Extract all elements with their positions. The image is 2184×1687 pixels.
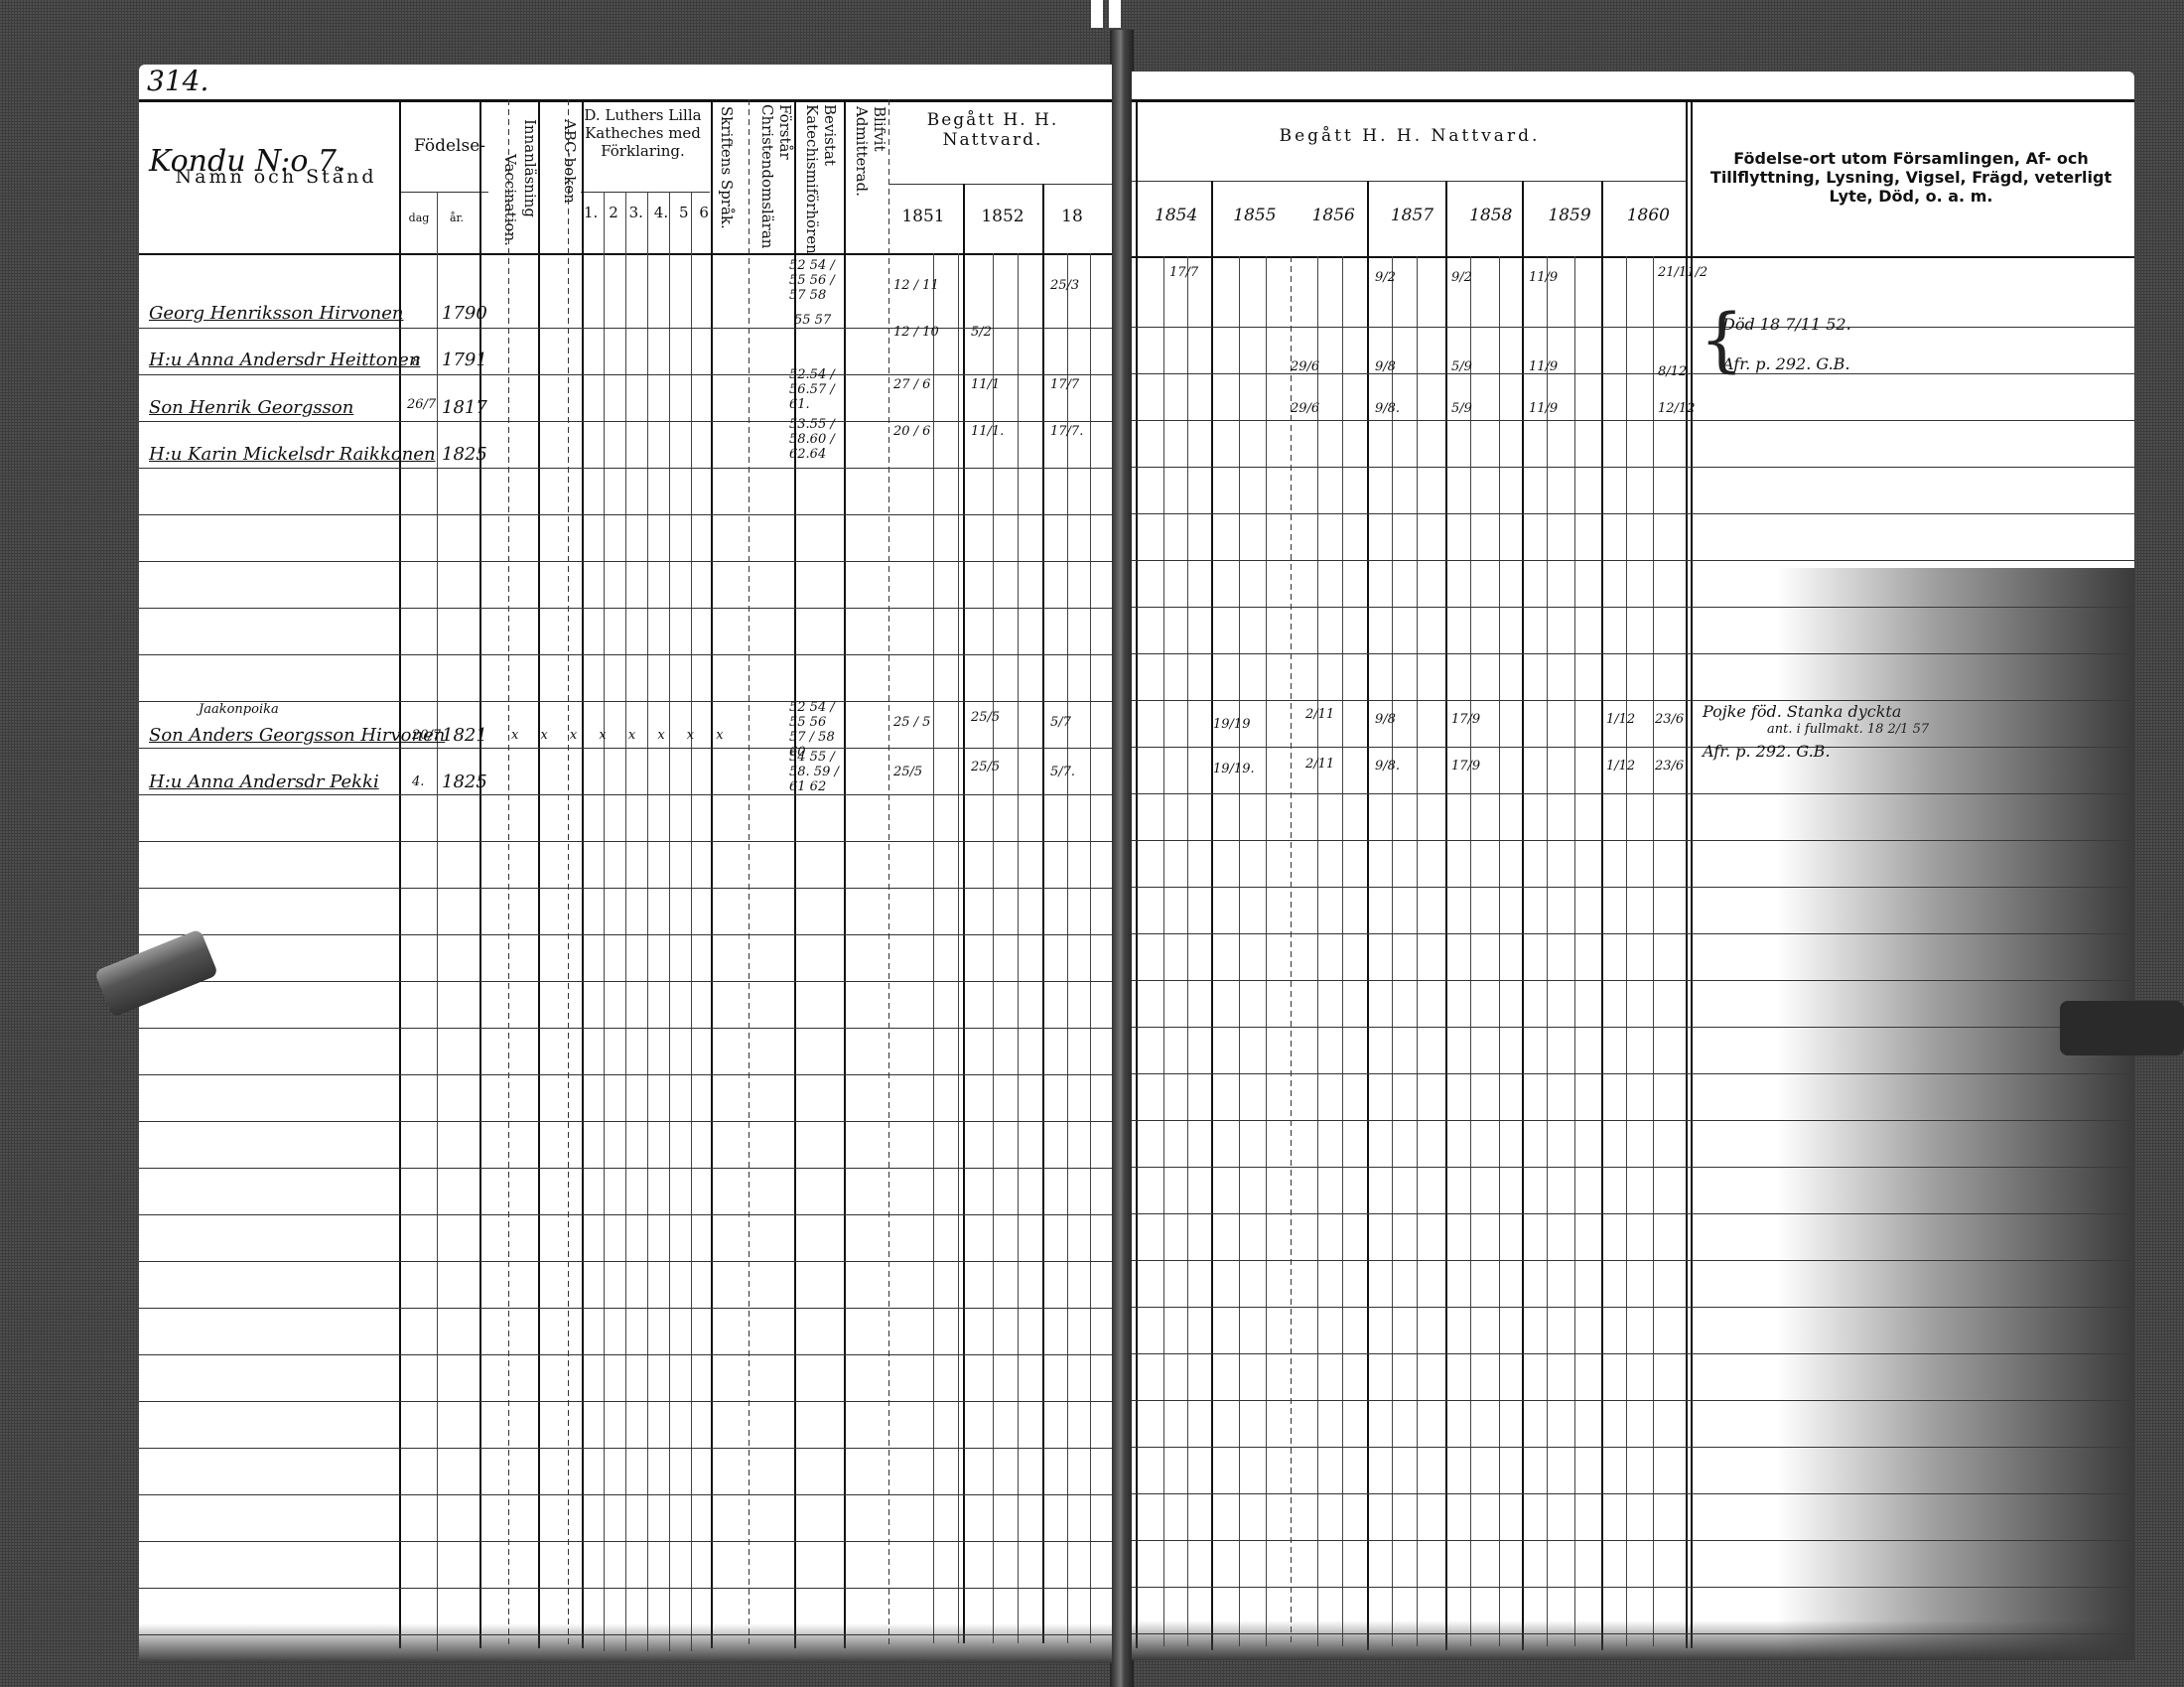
entry-1858: 17/9: [1451, 712, 1480, 727]
row-line: [139, 561, 1112, 562]
year-header: 1858: [1469, 206, 1512, 225]
entry-katekes: 52.54 / 56.57 / 61.: [789, 367, 844, 412]
entry-birth-day: 26/7: [407, 397, 436, 412]
entry-1851: 25/5: [893, 765, 922, 779]
entry-1854: 17/7: [1169, 265, 1198, 280]
row-line: [139, 514, 1112, 515]
entry-18: 25/3: [1050, 278, 1079, 293]
entry-katekes: 53.55 / 58.60 / 62.64: [789, 417, 844, 462]
entry-1851: 12 / 10: [893, 325, 939, 340]
bevistat-header: Bevistat Katechismiförhören: [799, 104, 839, 253]
entry-1860: 1/12: [1606, 712, 1635, 727]
row-line: [139, 888, 1112, 889]
spine-tab: [1091, 0, 1103, 28]
nattvard-divider: [888, 184, 1112, 185]
luther-col: 5: [679, 204, 689, 221]
entry-1856: 2/11: [1305, 757, 1334, 772]
row-line: [139, 841, 1112, 842]
entry-name: H:u Karin Mickelsdr Raikkonen: [149, 444, 436, 465]
year-header: 1855: [1233, 206, 1276, 225]
year-header: 1854: [1155, 206, 1197, 225]
brace-icon: {: [1700, 305, 1744, 374]
entry-1860: 8/12: [1658, 364, 1687, 379]
entry-birth-year: 1821: [442, 725, 487, 746]
entry-1859: 11/9: [1529, 401, 1558, 416]
header-top-border: [1132, 99, 2134, 102]
header-bottom-border: [1132, 256, 2134, 258]
row-line: [139, 1401, 1112, 1402]
row-line: [1132, 467, 2134, 468]
entry-1851: 12 / 11: [893, 278, 939, 293]
entry-1852: 5/2: [971, 325, 992, 340]
row-line: [139, 1308, 1112, 1309]
luther-header: D. Luthers Lilla Katheches med Förklarin…: [581, 106, 705, 160]
row-line: [139, 1588, 1112, 1589]
abc-header: ABC-boken: [561, 119, 579, 248]
entry-katekes: 55 57: [794, 313, 831, 328]
entry-birth-year: 1817: [442, 397, 487, 418]
entry-name: H:u Anna Andersdr Heittonen: [149, 350, 420, 370]
entry-1855: 19/19.: [1213, 762, 1255, 776]
row-line: [139, 1168, 1112, 1169]
entry-1857: 9/8.: [1375, 401, 1400, 416]
row-line: [139, 654, 1112, 655]
entry-1852: 11/1.: [971, 424, 1004, 439]
year-header-1852: 1852: [963, 207, 1042, 226]
right-page: Begått H. H. Nattvard. 1854 1855 1856 18…: [1132, 71, 2134, 1660]
entry-1855: 19/19: [1213, 717, 1250, 732]
entry-1857: 9/8.: [1375, 759, 1400, 773]
entry-1858: 5/9: [1451, 401, 1472, 416]
row-line: [1132, 513, 2134, 514]
header-top-border: [139, 99, 1112, 102]
row-line: [139, 1448, 1112, 1449]
entry-1856: 2/11: [1305, 707, 1334, 722]
row-line: [1132, 420, 2134, 421]
blifvit-header: Blifvit Admitterad.: [849, 106, 888, 245]
row-line: [139, 328, 1112, 329]
row-line: [139, 1121, 1112, 1122]
year-header: 1859: [1548, 206, 1590, 225]
entry-name: H:u Anna Andersdr Pekki: [149, 772, 379, 792]
forstar-header: Förstår Christendomsläran: [754, 104, 794, 253]
row-line: [139, 1261, 1112, 1262]
entry-1856: 29/6: [1291, 401, 1319, 416]
year-header: 1856: [1312, 206, 1355, 225]
row-line: [139, 1541, 1112, 1542]
row-line: [139, 981, 1112, 982]
entry-1857: 9/8: [1375, 712, 1396, 727]
entry-1860: 12/12: [1658, 401, 1695, 416]
row-line: [139, 1214, 1112, 1215]
entry-18: 17/7: [1050, 377, 1079, 392]
left-page: 314. Kondu N:o 7. Namn och Stånd Födelse…: [139, 65, 1112, 1663]
entry-1851: 27 / 6: [893, 377, 930, 392]
innanlasning-header: Innanläsning: [521, 119, 539, 248]
year-headers: 1854 1855 1856 1857 1858 1859 1860: [1137, 206, 1688, 225]
year-header-18: 18: [1042, 207, 1102, 226]
luther-col: 1.: [584, 204, 598, 221]
entry-katekes: 54 55 / 58. 59 / 61 62: [789, 750, 844, 794]
entry-name: Son Anders Georgsson Hirvonen: [149, 725, 445, 746]
entry-1851: 20 / 6: [893, 424, 930, 439]
entry-1852: 25/5: [971, 710, 1000, 725]
birth-day-header: dag: [399, 211, 439, 224]
entry-birth-year: 1825: [442, 772, 487, 792]
entry-1860: 21/11/2: [1658, 265, 1707, 280]
entry-1859: 11/9: [1529, 270, 1558, 285]
row-line: [139, 748, 1112, 749]
row-line: [139, 421, 1112, 422]
skriftens-header: Skriftens Språk.: [718, 106, 736, 245]
entry-18: 17/7.: [1050, 424, 1083, 439]
entry-1851: 25 / 5: [893, 715, 930, 730]
nattvard-header: Begått H. H. Nattvard.: [1171, 126, 1648, 146]
row-line: [139, 1354, 1112, 1355]
page-clip-right: [2060, 1001, 2184, 1055]
entry-name: Georg Henriksson Hirvonen: [149, 303, 403, 324]
row-line: [139, 374, 1112, 375]
entry-1856: 29/6: [1291, 359, 1319, 374]
entry-1852: 11/1: [971, 377, 1000, 392]
entry-1857: 9/2: [1375, 270, 1396, 285]
row-line: [139, 468, 1112, 469]
entry-birth-year: 1791: [442, 350, 487, 370]
luther-col: 2: [609, 204, 618, 221]
year-header: 1860: [1627, 206, 1670, 225]
remarks-header: Födelse-ort utom Församlingen, Af- och T…: [1698, 149, 2124, 207]
row-line: [1132, 373, 2134, 374]
page-number: 314.: [147, 65, 208, 97]
year-header-1851: 1851: [884, 207, 963, 226]
row-line: [1132, 327, 2134, 328]
year-header: 1857: [1391, 206, 1433, 225]
row-line: [1132, 560, 2134, 561]
nattvard-header: Begått H. H. Nattvard.: [893, 110, 1092, 151]
luther-col: 3.: [629, 204, 643, 221]
luther-col: 6: [699, 204, 709, 221]
name-header: Namn och Stånd: [157, 166, 395, 189]
row-line: [139, 794, 1112, 795]
entry-1858: 5/9: [1451, 359, 1472, 374]
entry-1860b: 23/6: [1655, 759, 1684, 773]
vaccination-header: Vaccination.: [501, 154, 519, 253]
entry-1857: 9/8: [1375, 359, 1396, 374]
entry-1858: 17/9: [1451, 759, 1480, 773]
birth-year-header: år.: [437, 211, 477, 224]
row-line: [139, 934, 1112, 935]
entry-name: Son Henrik Georgsson: [149, 397, 353, 418]
luther-col: 4.: [654, 204, 668, 221]
row-line: [139, 1494, 1112, 1495]
book-spine: [1110, 30, 1134, 1687]
entry-note: Jaakonpoika: [199, 702, 279, 717]
entry-marks: x x x x x x x x: [511, 728, 733, 743]
entry-1860: 1/12: [1606, 759, 1635, 773]
entry-birth-year: 1825: [442, 444, 487, 465]
entry-birth-year: 1790: [442, 303, 487, 324]
entry-1858: 9/2: [1451, 270, 1472, 285]
entry-1860b: 23/6: [1655, 712, 1684, 727]
row-line: [139, 1028, 1112, 1029]
row-line: [139, 608, 1112, 609]
row-line: [139, 701, 1112, 702]
entry-18: 5/7.: [1050, 765, 1075, 779]
entry-1852: 25/5: [971, 760, 1000, 774]
entry-birth-day: 20/7: [412, 728, 441, 743]
entry-katekes: 52 54 / 55 56 / 57 58: [789, 258, 844, 303]
spine-tab: [1109, 0, 1121, 28]
row-line: [139, 1074, 1112, 1075]
entry-birth-day: 4.: [412, 774, 424, 789]
entry-birth-day: 8: [412, 354, 420, 369]
entry-1859: 11/9: [1529, 359, 1558, 374]
nattvard-divider: [1132, 181, 1688, 182]
entry-18: 5/7: [1050, 715, 1071, 730]
birth-divider: [399, 192, 488, 193]
